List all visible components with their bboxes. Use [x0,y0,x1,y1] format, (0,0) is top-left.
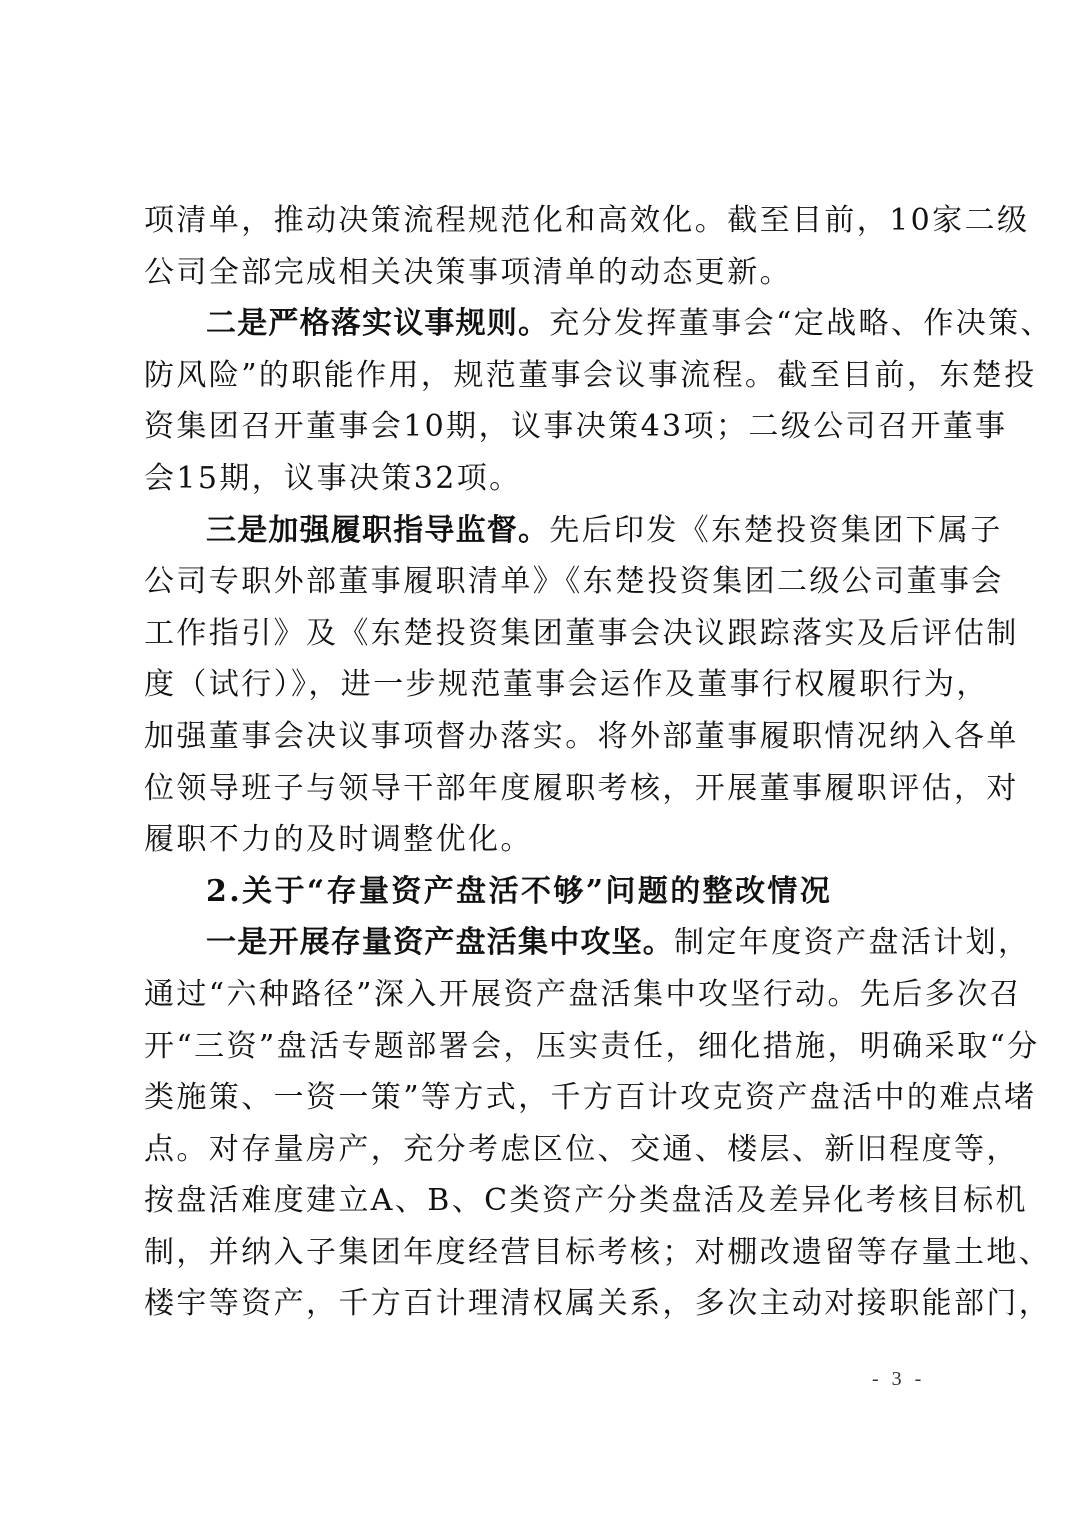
text-line: 会15期，议事决策32项。 [144,453,934,505]
text-line: 点。对存量房产，充分考虑区位、交通、楼层、新旧程度等， [144,1124,934,1176]
text-line: 公司全部完成相关决策事项清单的动态更新。 [144,247,934,299]
text-line: 位领导班子与领导干部年度履职考核，开展董事履职评估，对 [144,763,934,815]
bold-lead: 二是严格落实议事规则。 [206,306,549,341]
text-line: 公司专职外部董事履职清单》《东楚投资集团二级公司董事会 [144,556,934,608]
text-line: 楼宇等资产，千方百计理清权属关系，多次主动对接职能部门， [144,1278,934,1330]
text-run: 充分发挥董事会“定战略、作决策、 [549,306,1053,341]
bold-lead: 三是加强履职指导监督。 [206,513,549,548]
text-line: 开“三资”盘活专题部署会，压实责任，细化措施，明确采取“分 [144,1021,934,1073]
text-line: 类施策、一资一策”等方式，千方百计攻克资产盘活中的难点堵 [144,1072,934,1124]
text-line: 工作指引》及《东楚投资集团董事会决议跟踪落实及后评估制 [144,608,934,660]
paragraph-first-line: 一是开展存量资产盘活集中攻坚。制定年度资产盘活计划， [144,917,934,969]
document-page: 项清单，推动决策流程规范化和高效化。截至目前，10家二级 公司全部完成相关决策事… [0,0,1074,1520]
text-line: 项清单，推动决策流程规范化和高效化。截至目前，10家二级 [144,195,934,247]
paragraph-first-line: 二是严格落实议事规则。充分发挥董事会“定战略、作决策、 [144,298,934,350]
text-line: 按盘活难度建立A、B、C类资产分类盘活及差异化考核目标机 [144,1175,934,1227]
section-heading: 2.关于“存量资产盘活不够”问题的整改情况 [144,866,934,918]
text-line: 度（试行）》，进一步规范董事会运作及董事行权履职行为， [144,659,934,711]
text-line: 防风险”的职能作用，规范董事会议事流程。截至目前，东楚投 [144,350,934,402]
text-line: 履职不力的及时调整优化。 [144,814,934,866]
paragraph-first-line: 三是加强履职指导监督。先后印发《东楚投资集团下属子 [144,505,934,557]
document-body: 项清单，推动决策流程规范化和高效化。截至目前，10家二级 公司全部完成相关决策事… [144,195,934,1330]
bold-lead: 一是开展存量资产盘活集中攻坚。 [206,925,674,960]
text-line: 通过“六种路径”深入开展资产盘活集中攻坚行动。先后多次召 [144,969,934,1021]
text-run: 制定年度资产盘活计划， [674,925,1030,960]
page-number: - 3 - [872,1368,925,1391]
text-line: 加强董事会决议事项督办落实。将外部董事履职情况纳入各单 [144,711,934,763]
text-line: 资集团召开董事会10期，议事决策43项；二级公司召开董事 [144,401,934,453]
text-line: 制，并纳入子集团年度经营目标考核；对棚改遗留等存量土地、 [144,1227,934,1279]
text-run: 先后印发《东楚投资集团下属子 [549,513,1003,548]
